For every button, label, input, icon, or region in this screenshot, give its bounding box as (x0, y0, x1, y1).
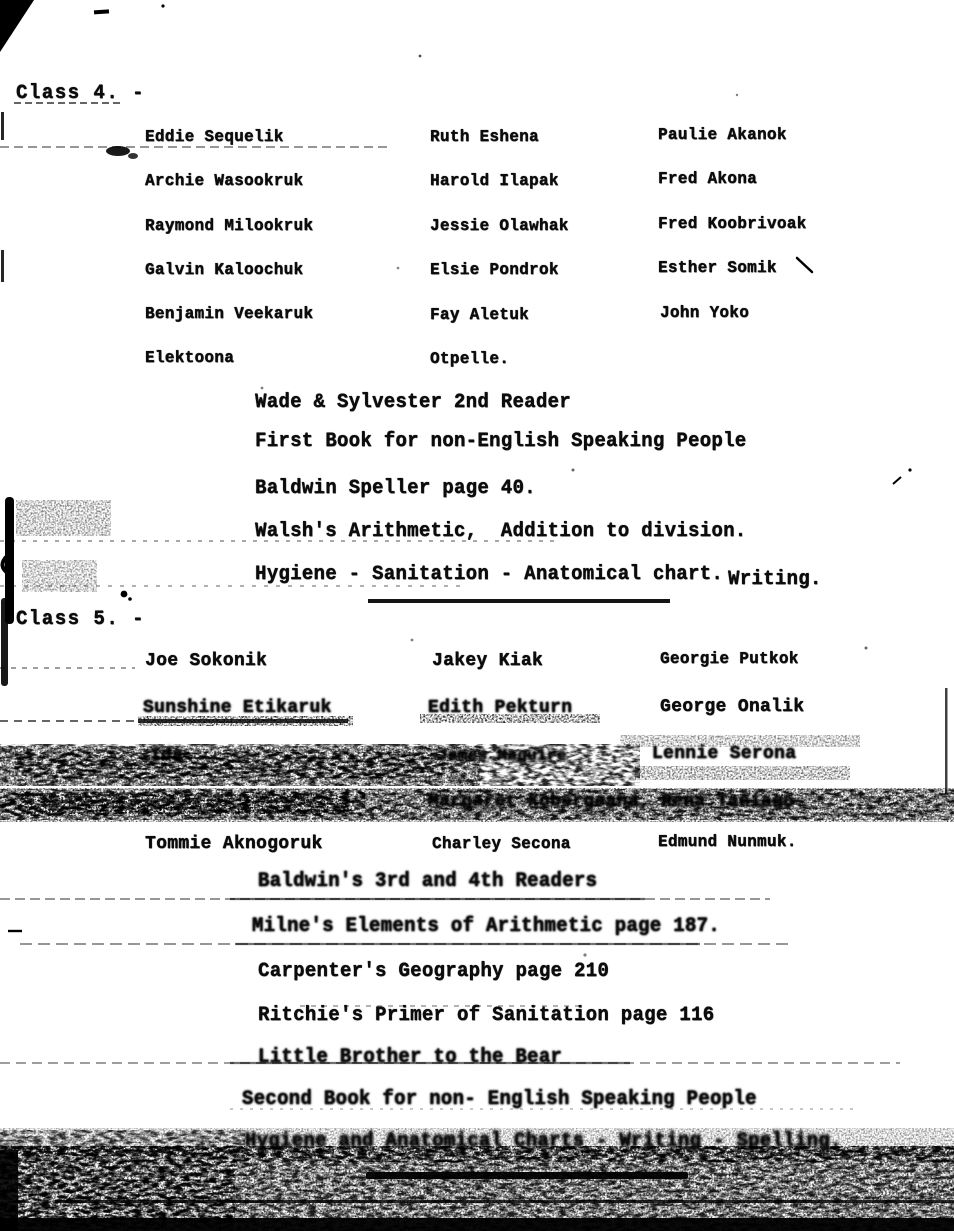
student-name: Otpelle. (430, 351, 509, 368)
student-name: Elektoona (145, 350, 234, 367)
book-line: Hygiene and Anatomical Charts - Writing … (245, 1132, 842, 1152)
book-line: Carpenter's Geography page 210 (258, 962, 609, 982)
book-line: Wade & Sylvester 2nd Reader (255, 393, 571, 413)
scanned-document-page: Class 4. - Eddie Sequelik Ruth Eshena Pa… (0, 0, 954, 1231)
student-name: Tommie Aknogoruk (145, 835, 323, 854)
book-line: Little Brother to the Bear (258, 1048, 562, 1068)
student-name: Fay Aletuk (430, 307, 529, 324)
student-name: Ida (150, 747, 183, 766)
student-name: Lennie Serona (652, 745, 796, 764)
student-name: John Yoko (660, 305, 749, 322)
student-name: George Onalik (660, 698, 804, 717)
student-name: Raymond Milookruk (145, 218, 313, 235)
student-name: Eddie Sequelik (145, 129, 284, 146)
class4-heading: Class 4. - (16, 84, 145, 104)
student-name: Jessie Olawhak (430, 218, 569, 235)
student-name: Georgie Putkok (660, 651, 799, 668)
student-name: Edith Pekturn (428, 699, 572, 718)
student-name: Jakey Kiak (432, 652, 543, 671)
student-name: Archie Wasookruk (145, 173, 303, 190)
book-line: Hygiene - Sanitation - Anatomical chart. (255, 565, 723, 585)
student-name: Ruth Eshena (430, 129, 539, 146)
student-name: Charley Secona (432, 836, 571, 853)
student-name: Elsie Pondrok (430, 262, 559, 279)
student-name: Margaret Kobergeana, Rena Taniago. (428, 793, 805, 812)
book-line: Ritchie's Primer of Sanitation page 116 (258, 1006, 714, 1026)
writing-note: Writing. (728, 570, 822, 590)
class5-heading: Class 5. - (16, 610, 145, 630)
document-text-layer: Class 4. - Eddie Sequelik Ruth Eshena Pa… (0, 0, 954, 1231)
book-line: Baldwin Speller page 40. (255, 479, 536, 499)
student-name: Fred Koobrivoak (658, 216, 807, 233)
student-name: Fred Akona (658, 171, 757, 188)
student-name: James Maguire (438, 748, 567, 765)
student-name: Harold Ilapak (430, 173, 559, 190)
student-name: Edmund Nunmuk. (658, 834, 797, 851)
book-line: Walsh's Arithmetic, Addition to division… (255, 522, 746, 542)
student-name: Benjamin Veekaruk (145, 306, 313, 323)
student-name: Esther Somik (658, 260, 777, 277)
book-line: Second Book for non- English Speaking Pe… (242, 1090, 757, 1110)
student-name: Joe Sokonik (145, 652, 267, 671)
student-name: Sunshine Etikaruk (143, 699, 332, 718)
book-line: Baldwin's 3rd and 4th Readers (258, 872, 597, 892)
book-line: First Book for non-English Speaking Peop… (255, 432, 746, 452)
book-line: Milne's Elements of Arithmetic page 187. (252, 917, 720, 937)
student-name: Paulie Akanok (658, 127, 787, 144)
student-name: Galvin Kaloochuk (145, 262, 303, 279)
